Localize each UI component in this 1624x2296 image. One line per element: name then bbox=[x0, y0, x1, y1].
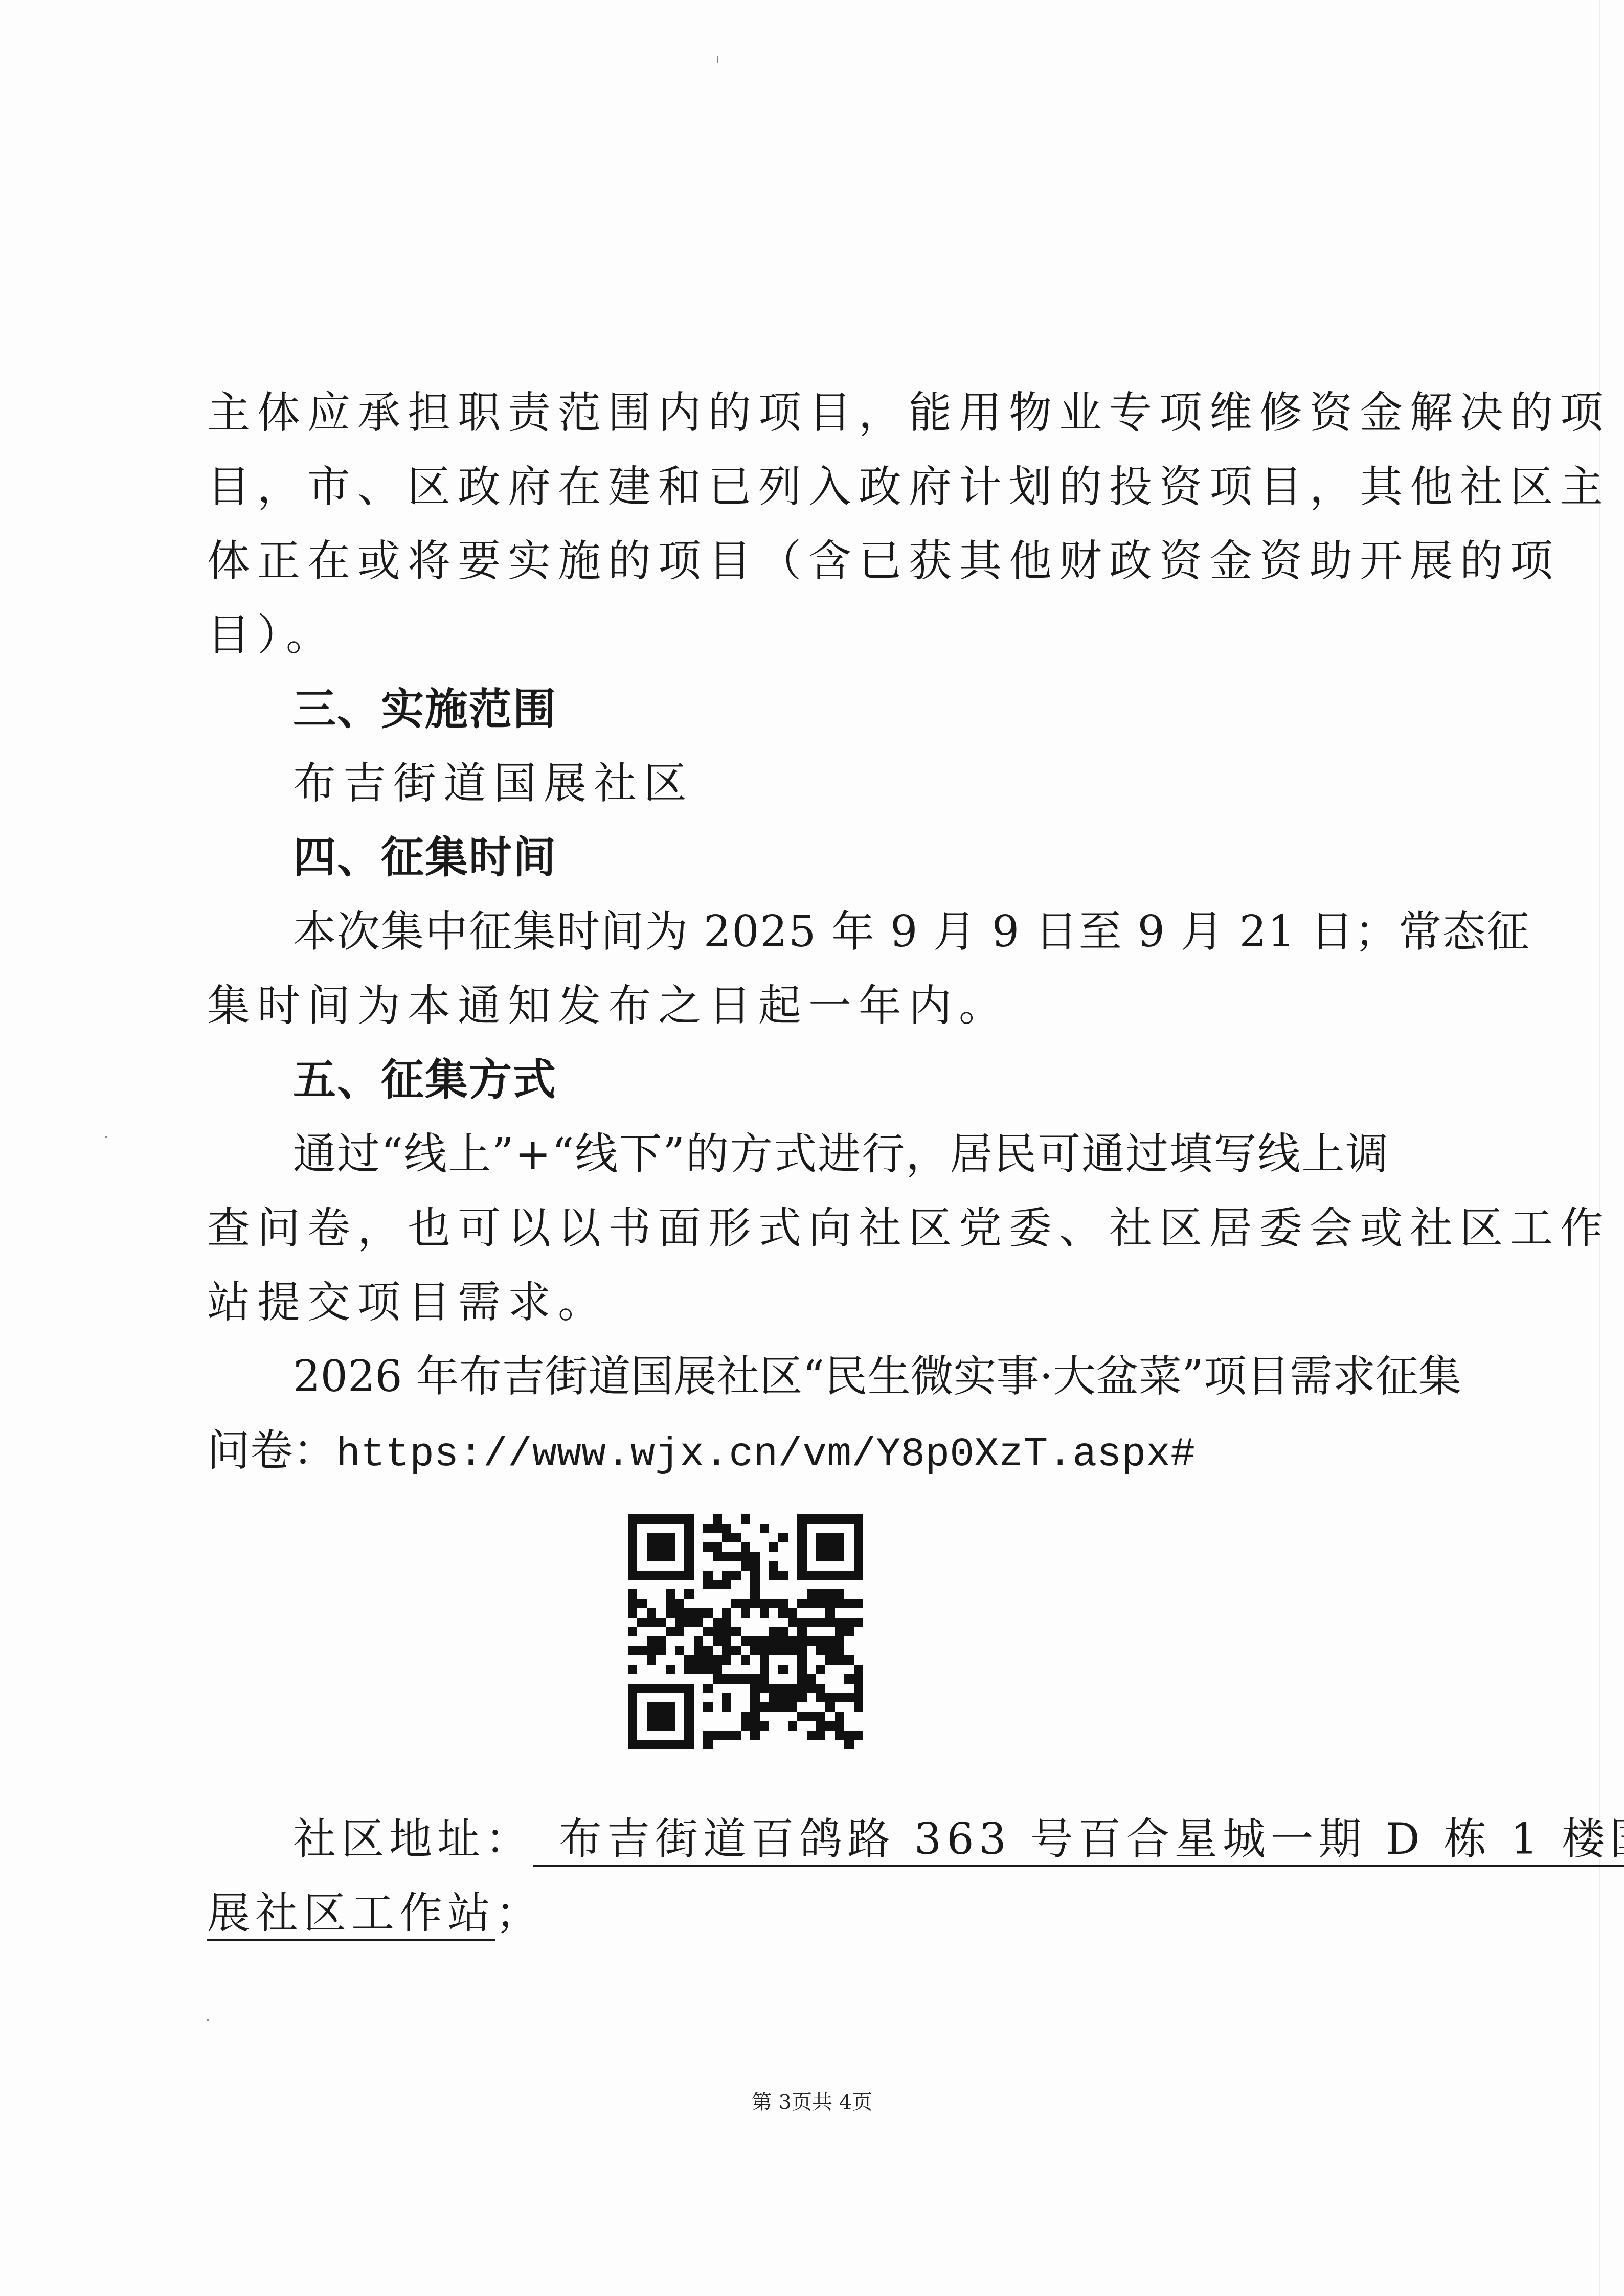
qr-module bbox=[854, 1721, 863, 1731]
qr-module bbox=[684, 1608, 693, 1618]
qr-module bbox=[844, 1721, 853, 1731]
qr-module bbox=[722, 1712, 731, 1721]
qr-module bbox=[854, 1684, 863, 1693]
qr-module bbox=[778, 1561, 787, 1571]
qr-module bbox=[750, 1618, 759, 1627]
qr-module bbox=[666, 1740, 675, 1749]
address-trailing: ； bbox=[495, 1888, 544, 1938]
qr-module bbox=[628, 1542, 637, 1552]
qr-module bbox=[741, 1627, 750, 1636]
qr-module bbox=[854, 1514, 863, 1524]
qr-module bbox=[656, 1589, 665, 1599]
qr-module bbox=[722, 1721, 731, 1731]
qr-module bbox=[684, 1740, 693, 1749]
qr-module bbox=[694, 1599, 703, 1608]
qr-module bbox=[656, 1721, 665, 1731]
qr-code-icon[interactable] bbox=[628, 1514, 863, 1749]
qr-module bbox=[656, 1693, 665, 1702]
qr-module bbox=[713, 1580, 722, 1589]
qr-module bbox=[675, 1571, 684, 1580]
qr-module bbox=[703, 1693, 712, 1702]
qr-module bbox=[628, 1627, 637, 1636]
qr-module bbox=[844, 1542, 853, 1552]
qr-module bbox=[637, 1655, 646, 1665]
qr-module bbox=[731, 1702, 740, 1712]
qr-module bbox=[778, 1533, 787, 1542]
qr-module bbox=[807, 1665, 816, 1674]
qr-module bbox=[694, 1684, 703, 1693]
qr-module bbox=[666, 1524, 675, 1533]
qr-module bbox=[684, 1599, 693, 1608]
qr-module bbox=[816, 1561, 825, 1571]
qr-module bbox=[750, 1561, 759, 1571]
qr-module bbox=[844, 1608, 853, 1618]
qr-module bbox=[694, 1655, 703, 1665]
qr-module bbox=[637, 1665, 646, 1674]
qr-module bbox=[675, 1618, 684, 1627]
qr-module bbox=[807, 1589, 816, 1599]
qr-module bbox=[731, 1693, 740, 1702]
qr-module bbox=[666, 1655, 675, 1665]
qr-module bbox=[769, 1665, 778, 1674]
qr-module bbox=[713, 1665, 722, 1674]
qr-module bbox=[637, 1589, 646, 1599]
qr-module bbox=[675, 1514, 684, 1524]
qr-module bbox=[628, 1571, 637, 1580]
qr-module bbox=[825, 1514, 834, 1524]
qr-module bbox=[722, 1627, 731, 1636]
qr-module bbox=[788, 1542, 797, 1552]
qr-module bbox=[807, 1693, 816, 1702]
qr-module bbox=[628, 1561, 637, 1571]
qr-module bbox=[760, 1646, 769, 1655]
qr-module bbox=[788, 1589, 797, 1599]
qr-module bbox=[684, 1589, 693, 1599]
qr-module bbox=[713, 1655, 722, 1665]
qr-module bbox=[731, 1589, 740, 1599]
qr-module bbox=[694, 1665, 703, 1674]
qr-module bbox=[656, 1646, 665, 1655]
qr-module bbox=[647, 1599, 656, 1608]
qr-module bbox=[741, 1636, 750, 1646]
qr-module bbox=[816, 1693, 825, 1702]
qr-module bbox=[769, 1580, 778, 1589]
scan-speck bbox=[207, 2019, 209, 2021]
qr-module bbox=[628, 1665, 637, 1674]
qr-module bbox=[675, 1589, 684, 1599]
qr-module bbox=[760, 1571, 769, 1580]
qr-module bbox=[675, 1655, 684, 1665]
qr-module bbox=[741, 1684, 750, 1693]
qr-module bbox=[713, 1514, 722, 1524]
qr-module bbox=[750, 1571, 759, 1580]
qr-module bbox=[750, 1589, 759, 1599]
qr-module bbox=[647, 1524, 656, 1533]
qr-module bbox=[807, 1627, 816, 1636]
qr-module bbox=[722, 1674, 731, 1684]
qr-module bbox=[713, 1674, 722, 1684]
qr-module bbox=[788, 1618, 797, 1627]
qr-module bbox=[637, 1674, 646, 1684]
qr-module bbox=[675, 1533, 684, 1542]
page-footer: 第 3页共 4页 bbox=[0, 2086, 1624, 2115]
qr-module bbox=[694, 1702, 703, 1712]
qr-module bbox=[741, 1608, 750, 1618]
qr-module bbox=[694, 1693, 703, 1702]
qr-module bbox=[760, 1561, 769, 1571]
qr-module bbox=[797, 1618, 806, 1627]
qr-module bbox=[825, 1702, 834, 1712]
qr-module bbox=[797, 1740, 806, 1749]
qr-module bbox=[684, 1712, 693, 1721]
qr-module bbox=[694, 1712, 703, 1721]
qr-module bbox=[807, 1571, 816, 1580]
qr-module bbox=[835, 1702, 844, 1712]
qr-module bbox=[769, 1655, 778, 1665]
qr-module bbox=[628, 1608, 637, 1618]
qr-module bbox=[825, 1580, 834, 1589]
qr-module bbox=[750, 1712, 759, 1721]
qr-module bbox=[628, 1618, 637, 1627]
survey-url-link[interactable]: https://www.wjx.cn/vm/Y8p0XzT.aspx# bbox=[336, 1431, 1195, 1478]
qr-module bbox=[778, 1655, 787, 1665]
qr-module bbox=[778, 1646, 787, 1655]
qr-module bbox=[760, 1674, 769, 1684]
qr-module bbox=[628, 1636, 637, 1646]
qr-module bbox=[741, 1599, 750, 1608]
qr-module bbox=[684, 1693, 693, 1702]
qr-module bbox=[835, 1646, 844, 1655]
qr-module bbox=[731, 1655, 740, 1665]
qr-module bbox=[835, 1514, 844, 1524]
address-line-2: 展社区工作站； bbox=[207, 1876, 1434, 1950]
qr-module bbox=[825, 1693, 834, 1702]
address-block: 社区地址：布吉街道百鸽路 363 号百合星城一期 D 栋 1 楼国 展社区工作站… bbox=[207, 1802, 1434, 1950]
qr-module bbox=[675, 1627, 684, 1636]
qr-module bbox=[778, 1684, 787, 1693]
qr-module bbox=[854, 1693, 863, 1702]
qr-module bbox=[722, 1552, 731, 1561]
qr-module bbox=[731, 1599, 740, 1608]
qr-module bbox=[844, 1693, 853, 1702]
qr-module bbox=[703, 1533, 712, 1542]
qr-module bbox=[854, 1740, 863, 1749]
qr-module bbox=[797, 1608, 806, 1618]
qr-module bbox=[703, 1731, 712, 1740]
qr-module bbox=[703, 1684, 712, 1693]
qr-module bbox=[788, 1571, 797, 1580]
qr-module bbox=[769, 1702, 778, 1712]
qr-module bbox=[637, 1608, 646, 1618]
qr-module bbox=[835, 1665, 844, 1674]
qr-module bbox=[750, 1542, 759, 1552]
qr-module bbox=[675, 1731, 684, 1740]
qr-module bbox=[760, 1655, 769, 1665]
qr-module bbox=[788, 1655, 797, 1665]
section-heading-scope: 三、实施范围 bbox=[207, 672, 1424, 746]
qr-module bbox=[731, 1571, 740, 1580]
qr-module bbox=[769, 1552, 778, 1561]
qr-module bbox=[694, 1533, 703, 1542]
qr-module bbox=[684, 1542, 693, 1552]
qr-module bbox=[713, 1524, 722, 1533]
qr-module bbox=[703, 1580, 712, 1589]
qr-module bbox=[656, 1514, 665, 1524]
qr-module bbox=[797, 1693, 806, 1702]
qr-module bbox=[656, 1608, 665, 1618]
qr-module bbox=[647, 1552, 656, 1561]
qr-module bbox=[769, 1646, 778, 1655]
qr-module bbox=[750, 1580, 759, 1589]
qr-module bbox=[778, 1542, 787, 1552]
paragraph-line: 目，市、区政府在建和已列入政府计划的投资项目，其他社区主 bbox=[207, 450, 1424, 524]
qr-module bbox=[741, 1731, 750, 1740]
qr-module bbox=[628, 1712, 637, 1721]
qr-module bbox=[722, 1599, 731, 1608]
qr-module bbox=[807, 1636, 816, 1646]
qr-module bbox=[656, 1712, 665, 1721]
qr-module bbox=[835, 1552, 844, 1561]
qr-module bbox=[713, 1740, 722, 1749]
qr-module bbox=[807, 1599, 816, 1608]
qr-module bbox=[722, 1636, 731, 1646]
qr-module bbox=[807, 1646, 816, 1655]
qr-module bbox=[760, 1542, 769, 1552]
scan-edge-line bbox=[1599, 0, 1600, 2296]
qr-module bbox=[647, 1740, 656, 1749]
qr-module bbox=[797, 1599, 806, 1608]
qr-module bbox=[731, 1533, 740, 1542]
qr-module bbox=[675, 1552, 684, 1561]
qr-module bbox=[741, 1693, 750, 1702]
qr-module bbox=[816, 1580, 825, 1589]
qr-module bbox=[844, 1627, 853, 1636]
qr-module bbox=[637, 1721, 646, 1731]
qr-module bbox=[769, 1731, 778, 1740]
qr-module bbox=[722, 1580, 731, 1589]
qr-module bbox=[703, 1740, 712, 1749]
qr-module bbox=[703, 1571, 712, 1580]
qr-module bbox=[703, 1721, 712, 1731]
qr-module bbox=[778, 1618, 787, 1627]
qr-module bbox=[675, 1665, 684, 1674]
qr-module bbox=[769, 1608, 778, 1618]
qr-module bbox=[628, 1740, 637, 1749]
qr-module bbox=[825, 1636, 834, 1646]
qr-module bbox=[666, 1684, 675, 1693]
qr-module bbox=[797, 1514, 806, 1524]
qr-module bbox=[788, 1514, 797, 1524]
qr-module bbox=[656, 1627, 665, 1636]
qr-module bbox=[760, 1533, 769, 1542]
qr-module bbox=[797, 1684, 806, 1693]
qr-module bbox=[844, 1636, 853, 1646]
qr-module bbox=[628, 1580, 637, 1589]
qr-module bbox=[778, 1712, 787, 1721]
qr-module bbox=[844, 1524, 853, 1533]
qr-module bbox=[816, 1627, 825, 1636]
qr-module bbox=[722, 1665, 731, 1674]
qr-module bbox=[684, 1721, 693, 1731]
qr-module bbox=[816, 1665, 825, 1674]
qr-module bbox=[844, 1580, 853, 1589]
qr-module bbox=[675, 1740, 684, 1749]
qr-module bbox=[844, 1674, 853, 1684]
qr-module bbox=[769, 1618, 778, 1627]
paragraph-line: 站提交项目需求。 bbox=[207, 1265, 1424, 1339]
qr-module bbox=[844, 1514, 853, 1524]
qr-module bbox=[703, 1636, 712, 1646]
qr-module bbox=[854, 1627, 863, 1636]
qr-module bbox=[788, 1580, 797, 1589]
qr-module bbox=[731, 1580, 740, 1589]
qr-module bbox=[703, 1599, 712, 1608]
qr-module bbox=[647, 1721, 656, 1731]
qr-module bbox=[666, 1693, 675, 1702]
qr-module bbox=[854, 1636, 863, 1646]
qr-module bbox=[731, 1646, 740, 1655]
qr-module bbox=[844, 1740, 853, 1749]
qr-module bbox=[854, 1674, 863, 1684]
qr-module bbox=[835, 1712, 844, 1721]
qr-module bbox=[825, 1524, 834, 1533]
qr-module bbox=[656, 1542, 665, 1552]
qr-module bbox=[666, 1674, 675, 1684]
qr-module bbox=[760, 1740, 769, 1749]
qr-module bbox=[835, 1684, 844, 1693]
qr-module bbox=[656, 1636, 665, 1646]
qr-module bbox=[675, 1580, 684, 1589]
qr-module bbox=[741, 1580, 750, 1589]
qr-module bbox=[825, 1533, 834, 1542]
qr-module bbox=[778, 1702, 787, 1712]
qr-module bbox=[750, 1684, 759, 1693]
qr-module bbox=[637, 1571, 646, 1580]
qr-module bbox=[750, 1608, 759, 1618]
qr-module bbox=[825, 1599, 834, 1608]
qr-module bbox=[722, 1693, 731, 1702]
qr-module bbox=[684, 1618, 693, 1627]
qr-module bbox=[825, 1731, 834, 1740]
qr-module bbox=[666, 1618, 675, 1627]
qr-module bbox=[797, 1533, 806, 1542]
qr-module bbox=[637, 1636, 646, 1646]
qr-module bbox=[844, 1655, 853, 1665]
qr-module bbox=[741, 1721, 750, 1731]
qr-module bbox=[825, 1655, 834, 1665]
qr-module bbox=[816, 1542, 825, 1552]
qr-module bbox=[666, 1552, 675, 1561]
qr-module bbox=[816, 1712, 825, 1721]
qr-module bbox=[713, 1608, 722, 1618]
qr-module bbox=[807, 1580, 816, 1589]
qr-module bbox=[703, 1542, 712, 1552]
qr-module bbox=[647, 1693, 656, 1702]
qr-module bbox=[750, 1524, 759, 1533]
qr-module bbox=[666, 1712, 675, 1721]
qr-module bbox=[637, 1618, 646, 1627]
qr-module bbox=[703, 1589, 712, 1599]
qr-module bbox=[797, 1712, 806, 1721]
qr-module bbox=[835, 1599, 844, 1608]
qr-module bbox=[713, 1589, 722, 1599]
qr-module bbox=[656, 1702, 665, 1712]
qr-module bbox=[788, 1731, 797, 1740]
qr-module bbox=[750, 1740, 759, 1749]
qr-module bbox=[647, 1571, 656, 1580]
qr-module bbox=[750, 1674, 759, 1684]
qr-module bbox=[854, 1665, 863, 1674]
qr-module bbox=[647, 1655, 656, 1665]
qr-module bbox=[684, 1552, 693, 1561]
qr-module bbox=[844, 1552, 853, 1561]
qr-module bbox=[703, 1665, 712, 1674]
qr-module bbox=[816, 1646, 825, 1655]
qr-module bbox=[835, 1533, 844, 1542]
qr-module bbox=[769, 1514, 778, 1524]
qr-module bbox=[788, 1608, 797, 1618]
qr-module bbox=[854, 1589, 863, 1599]
qr-module bbox=[675, 1542, 684, 1552]
qr-module bbox=[731, 1561, 740, 1571]
qr-module bbox=[825, 1684, 834, 1693]
qr-module bbox=[647, 1627, 656, 1636]
qr-module bbox=[666, 1608, 675, 1618]
qr-module bbox=[788, 1599, 797, 1608]
qr-module bbox=[788, 1684, 797, 1693]
qr-module bbox=[816, 1618, 825, 1627]
qr-module bbox=[825, 1552, 834, 1561]
qr-module bbox=[844, 1712, 853, 1721]
qr-module bbox=[722, 1646, 731, 1655]
qr-module bbox=[713, 1627, 722, 1636]
qr-module bbox=[713, 1542, 722, 1552]
qr-module bbox=[835, 1627, 844, 1636]
qr-module bbox=[769, 1524, 778, 1533]
qr-module bbox=[807, 1542, 816, 1552]
qr-module bbox=[628, 1693, 637, 1702]
qr-module bbox=[713, 1636, 722, 1646]
qr-module bbox=[825, 1627, 834, 1636]
qr-module bbox=[797, 1542, 806, 1552]
qr-module bbox=[807, 1740, 816, 1749]
qr-module bbox=[675, 1712, 684, 1721]
qr-module bbox=[722, 1684, 731, 1693]
qr-module bbox=[656, 1599, 665, 1608]
qr-module bbox=[713, 1712, 722, 1721]
qr-module bbox=[816, 1589, 825, 1599]
qr-module bbox=[816, 1674, 825, 1684]
qr-module bbox=[647, 1618, 656, 1627]
qr-module bbox=[722, 1618, 731, 1627]
qr-module bbox=[788, 1561, 797, 1571]
qr-module bbox=[694, 1608, 703, 1618]
qr-module bbox=[807, 1608, 816, 1618]
qr-module bbox=[844, 1665, 853, 1674]
qr-module bbox=[750, 1721, 759, 1731]
qr-module bbox=[656, 1552, 665, 1561]
qr-module bbox=[656, 1524, 665, 1533]
qr-module bbox=[713, 1721, 722, 1731]
qr-module bbox=[741, 1514, 750, 1524]
qr-module bbox=[694, 1524, 703, 1533]
qr-module bbox=[844, 1599, 853, 1608]
qr-module bbox=[694, 1542, 703, 1552]
qr-module bbox=[731, 1712, 740, 1721]
qr-module bbox=[807, 1618, 816, 1627]
qr-module bbox=[684, 1646, 693, 1655]
qr-module bbox=[854, 1561, 863, 1571]
